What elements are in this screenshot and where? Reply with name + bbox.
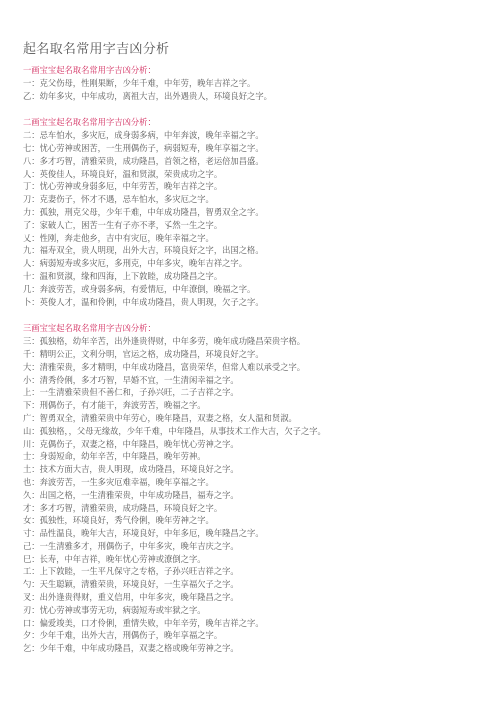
character-entry: 九：福寿双全，贵人明现，出外大吉，环境良好之字，出国之格。 (23, 244, 483, 257)
character-entry: 千：精明公正，文利分明，官运之格，成功隆昌，环境良好之字。 (23, 348, 483, 361)
character-entry: 力：孤独，刑克父母，少年千难，中年成功隆昌，智勇双全之字。 (23, 206, 483, 219)
document-page: 起名取名常用字吉凶分析 一画宝宝起名取名常用字吉凶分析：一：克父伤母，性刚果断，… (23, 41, 483, 655)
section-spacer (23, 308, 483, 322)
sections-container: 一画宝宝起名取名常用字吉凶分析：一：克父伤母，性刚果断，少年千难，中年劳，晚年吉… (23, 64, 483, 655)
character-entry: 土：技术方面大吉，贵人明现，成功隆昌，环境良好之字。 (23, 463, 483, 476)
character-entry: 也：奔波劳苦，一生多灾厄难幸福，晚年享福之字。 (23, 476, 483, 489)
character-entry: 人：病弱短寿或多灾厄，多刑克，中年多灾，晚年吉祥之字。 (23, 257, 483, 270)
character-entry: 十：温和贤淑，缘和四海，上下敦睦，成功隆昌之字。 (23, 270, 483, 283)
character-entry: 丁：忧心劳神或身弱多厄，中年劳苦，晚年吉祥之字。 (23, 180, 483, 193)
character-entry: 一：克父伤母，性刚果断，少年千难，中年劳，晚年吉祥之字。 (23, 77, 483, 90)
character-entry: 乞：少年千难，中年成功隆昌，双妻之格或晚年劳神之字。 (23, 642, 483, 655)
character-entry: 久：出国之格，一生清雅荣贵，中年成功隆昌，福寿之字。 (23, 489, 483, 502)
character-entry: 上：一生清雅荣贵但不善仁和，子孙兴旺，二子吉祥之字。 (23, 386, 483, 399)
section-2: 二画宝宝起名取名常用字吉凶分析：二：忌车怕水，多灾厄，成身弱多病，中年奔波，晚年… (23, 116, 483, 308)
character-entry: 士：身弱短命，幼年辛苦，中年隆昌，晚年劳神。 (23, 450, 483, 463)
character-entry: 八：多才巧智，清雅荣贵，成功隆昌，首领之格，老运倍加昌盛。 (23, 155, 483, 168)
character-entry: 口：偏爱竣美，口才伶俐，重情失败，中年辛劳，晚年吉祥之字。 (23, 617, 483, 630)
character-entry: 了：家破人亡，困苦一生有子亦不孝，孓然一生之字。 (23, 219, 483, 232)
character-entry: 勺：天生聪颖，清雅荣贵，环境良好，一生享福欠子之字。 (23, 578, 483, 591)
character-entry: 山：孤独格，，父母无缘故，少年千难，中年隆昌，从事技术工作大吉，欠子之字。 (23, 425, 483, 438)
document-title: 起名取名常用字吉凶分析 (23, 41, 483, 59)
character-entry: 小：清秀伶俐，多才巧智，早婚不宜，一生清闲幸福之字。 (23, 374, 483, 387)
character-entry: 乙：幼年多灾，中年成功，离祖大吉，出外遇贵人，环境良好之字。 (23, 90, 483, 103)
section-3: 三画宝宝起名取名常用字吉凶分析：三：孤独格，幼年辛苦，出外逢贵得财，中年多劳，晚… (23, 322, 483, 655)
character-entry: 三：孤独格，幼年辛苦，出外逢贵得财，中年多劳，晚年成功隆昌荣贵字格。 (23, 335, 483, 348)
character-entry: 几：奔波劳苦，或身弱多病，有爱情厄，中年潦倒，晚福之字。 (23, 283, 483, 296)
section-heading: 一画宝宝起名取名常用字吉凶分析： (23, 64, 483, 77)
character-entry: 巳：长寿，中年吉祥，晚年忧心劳神或潦倒之字。 (23, 553, 483, 566)
character-entry: 才：多才巧智，清雅荣贵，成功隆昌，环境良好之字。 (23, 502, 483, 515)
section-1: 一画宝宝起名取名常用字吉凶分析：一：克父伤母，性刚果断，少年千难，中年劳，晚年吉… (23, 64, 483, 102)
character-entry: 七：忧心劳神或困苦，一生刑偶伤子，病弱短寿，晚年享福之字。 (23, 142, 483, 155)
character-entry: 叉：出外逢贵得财，重义信用，中年多灾，晚年隆昌之字。 (23, 591, 483, 604)
character-entry: 夕：少年千难，出外大吉，刑偶伤子，晚年享福之字。 (23, 629, 483, 642)
section-spacer (23, 102, 483, 116)
character-entry: 刃：忧心劳神或事劳无功，病弱短寿或牢狱之字。 (23, 604, 483, 617)
character-entry: 大：清雅荣贵，多才精明，中年成功隆昌，富贵荣华，但常人难以承受之字。 (23, 361, 483, 374)
section-heading: 三画宝宝起名取名常用字吉凶分析： (23, 322, 483, 335)
character-entry: 寸：品性温良，晚年大吉，环境良好，中年多厄，晚年隆昌之字。 (23, 527, 483, 540)
character-entry: 乂：性刚，奔走他乡，吉中有灾厄，晚年幸福之字。 (23, 232, 483, 245)
character-entry: 二：忌车怕水，多灾厄，成身弱多病，中年奔波，晚年幸福之字。 (23, 129, 483, 142)
character-entry: 女：孤独性，环境良好，秀气伶俐，晚年劳神之字。 (23, 514, 483, 527)
section-heading: 二画宝宝起名取名常用字吉凶分析： (23, 116, 483, 129)
character-entry: 下：刑偶伤子，有才能干，奔波劳苦，晚福之字。 (23, 399, 483, 412)
character-entry: 己：一生清雅多才，刑偶伤子，中年多灾，晚年吉庆之字。 (23, 540, 483, 553)
character-entry: 卜：英俊人才，温和伶俐，中年成功隆昌，贵人明现，欠子之字。 (23, 296, 483, 309)
character-entry: 工：上下敦睦，一生平凡保守之专格，子孙兴旺吉祥之字。 (23, 565, 483, 578)
character-entry: 川：克偶伤子，双妻之格，中年隆昌，晚年忧心劳神之字。 (23, 438, 483, 451)
character-entry: 人：英俊佳人，环境良好，温和贤淑，荣贵成功之字。 (23, 168, 483, 181)
character-entry: 刀：克妻伤子，怀才不遇，忌车怕水，多灾厄之字。 (23, 193, 483, 206)
character-entry: 广：智勇双全，清雅荣贵中年劳心，晚年隆昌，双妻之格，女人温和贤淑。 (23, 412, 483, 425)
